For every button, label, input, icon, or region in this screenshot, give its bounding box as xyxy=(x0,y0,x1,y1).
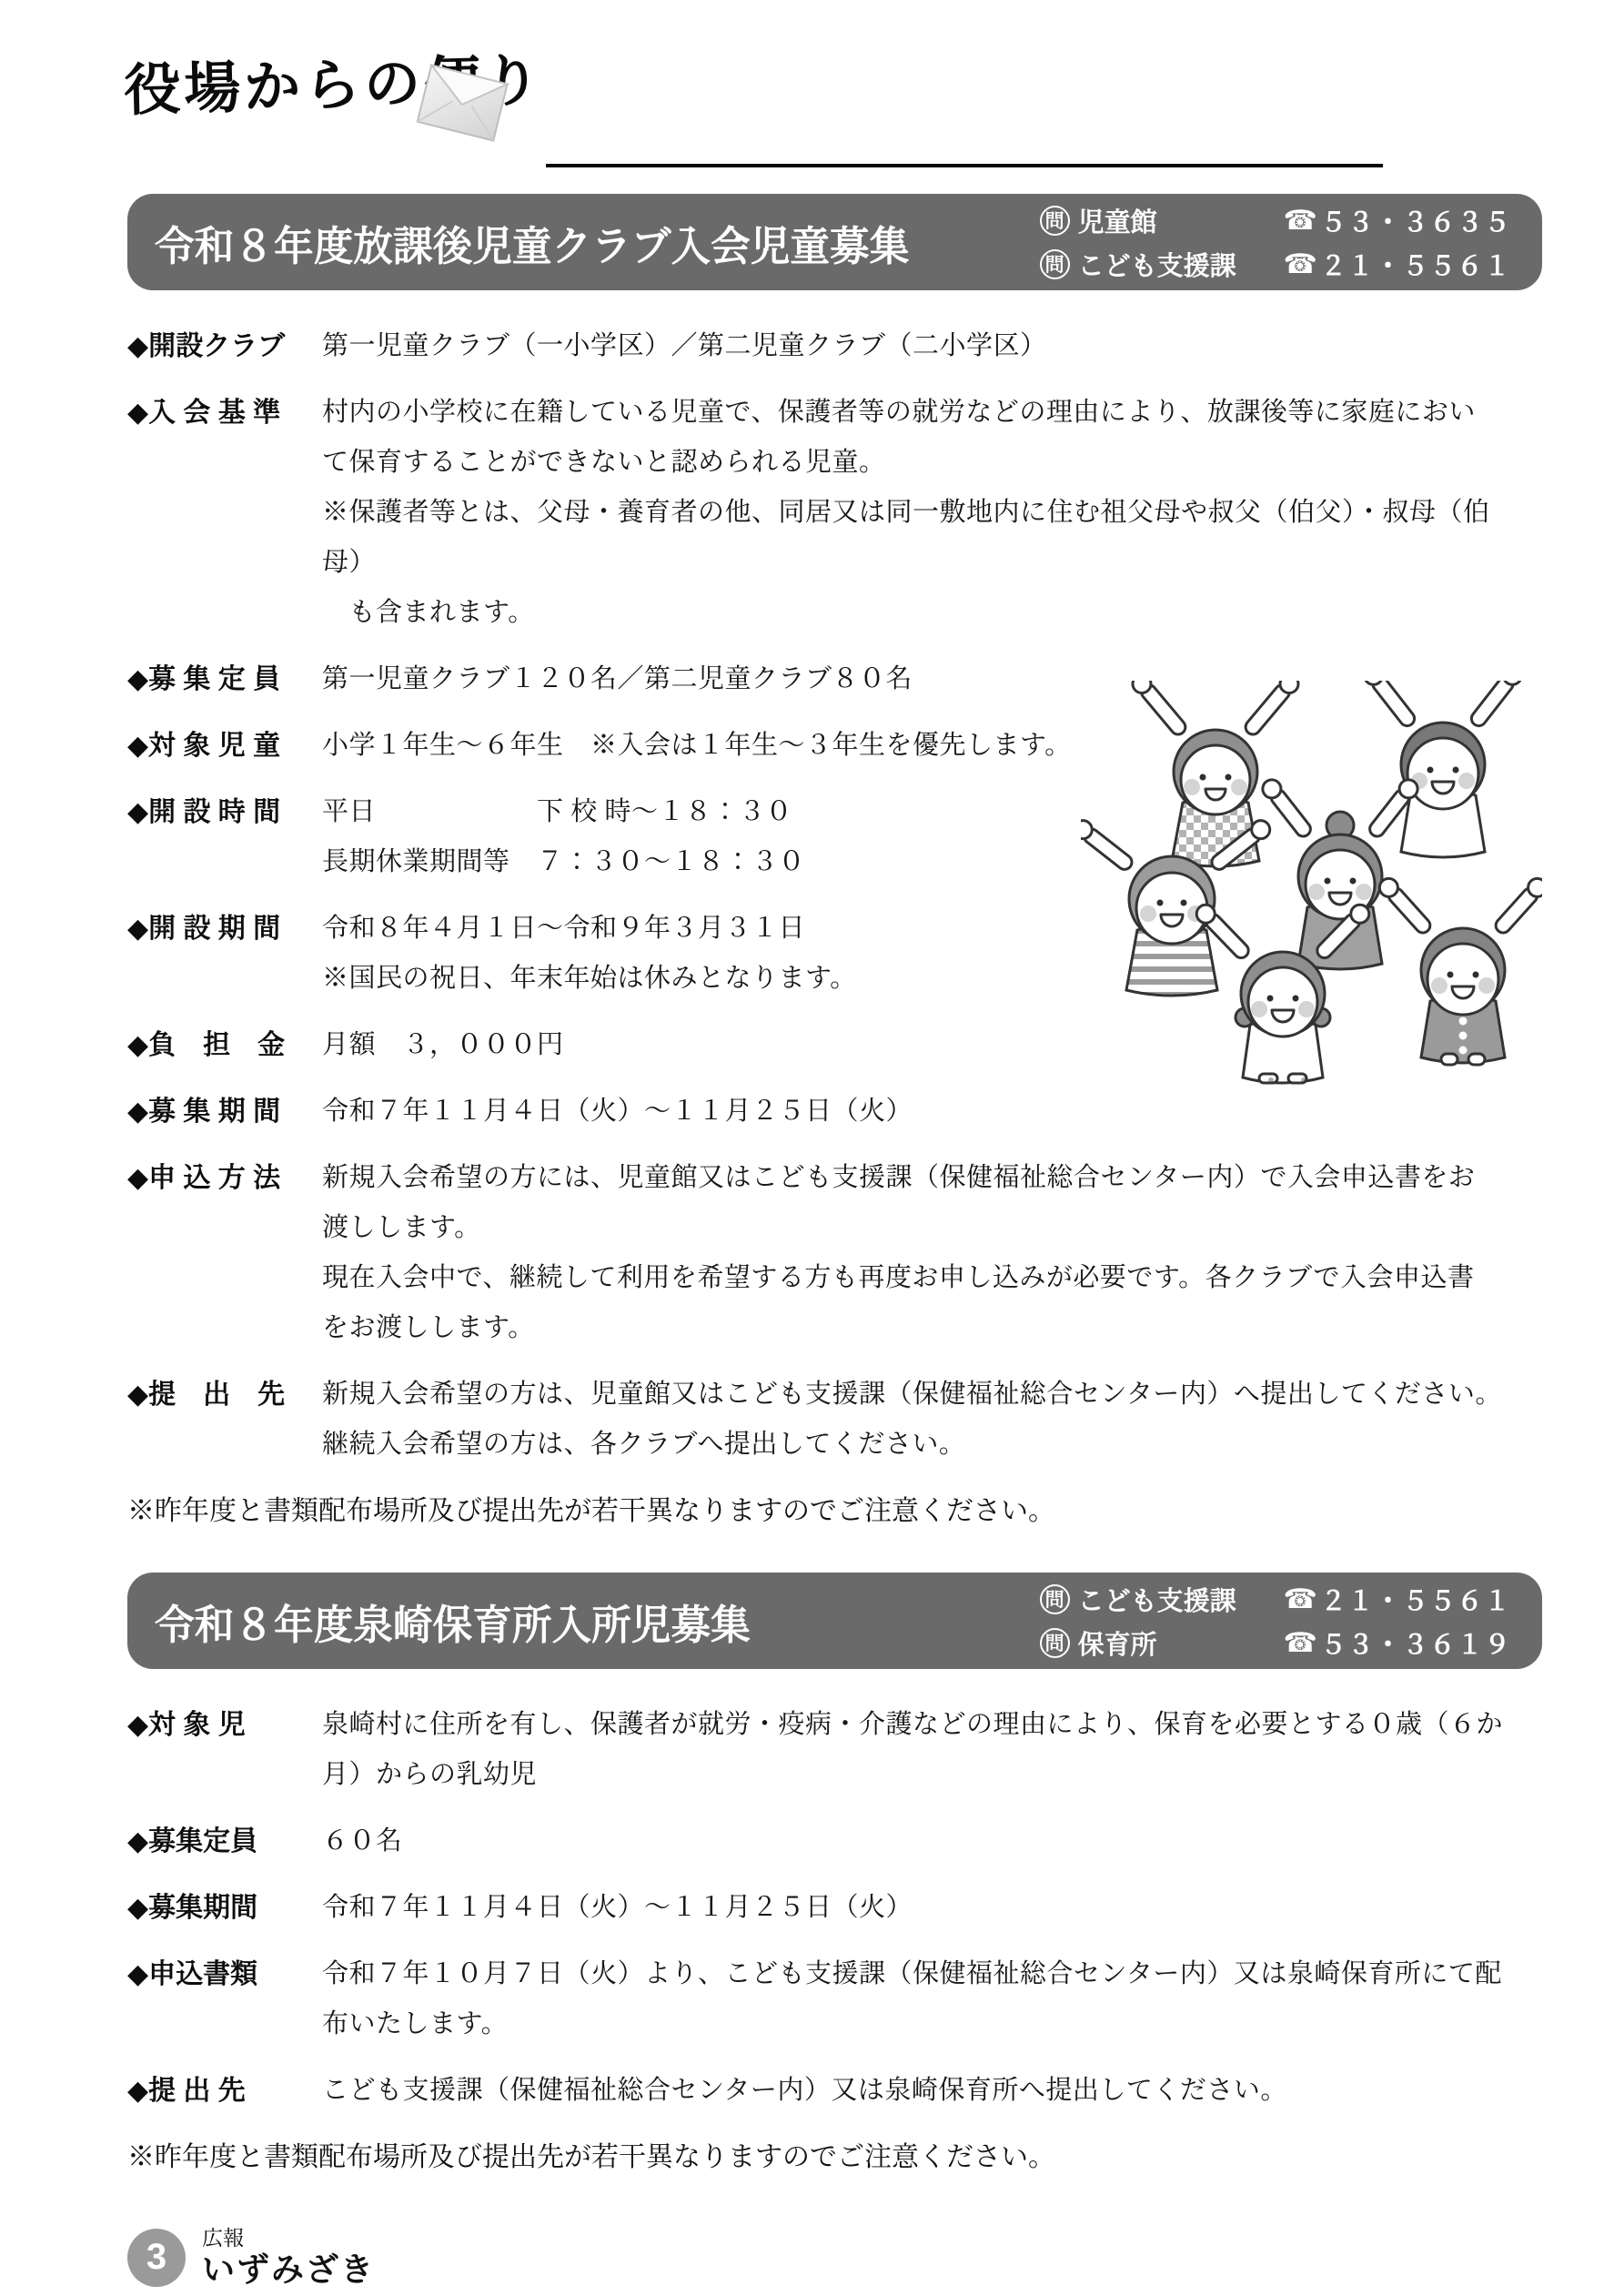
item-row: ◆募集期間令和７年１１月４日（火）～１１月２５日（火） xyxy=(127,1883,1542,1933)
item-value: 村内の小学校に在籍している児童で、保護者等の就労などの理由により、放課後等に家庭… xyxy=(322,388,1542,638)
page-number-badge: 3 xyxy=(127,2229,186,2287)
item-row: ◆開設クラブ第一児童クラブ（一小学区）／第二児童クラブ（二小学区） xyxy=(127,321,1542,371)
publication-name: いずみざき xyxy=(202,2250,375,2289)
item-row: ◆対 象 児泉崎村に住所を有し、保護者が就労・疫病・介護などの理由により、保育を… xyxy=(127,1700,1542,1800)
contact-row: 問 保育所 ☎５３・３６１９ xyxy=(1040,1624,1511,1662)
contact-tel: ☎２１・５５６１ xyxy=(1284,246,1511,283)
banner-title: 令和８年度泉崎保育所入所児募集 xyxy=(155,1592,1013,1651)
item-value: 新規入会希望の方には、児童館又はこども支援課（保健福祉総合センター内）で入会申込… xyxy=(322,1153,1542,1353)
section-note: ※昨年度と書類配布場所及び提出先が若干異なりますのでご注意ください。 xyxy=(127,2132,1542,2182)
banner-contacts: 問 こども支援課 ☎２１・５５６１ 問 保育所 ☎５３・３６１９ xyxy=(1040,1581,1511,1662)
page-footer: 3 広報 いずみざき xyxy=(127,2226,1542,2289)
inquiry-icon: 問 xyxy=(1040,1628,1070,1658)
item-label: ◆提 出 先 xyxy=(127,2066,322,2116)
section-note: ※昨年度と書類配布場所及び提出先が若干異なりますのでご注意ください。 xyxy=(127,1486,1542,1536)
inquiry-icon: 問 xyxy=(1040,1584,1070,1614)
item-label: ◆開設クラブ xyxy=(127,321,322,371)
item-label: ◆募集期間 xyxy=(127,1883,322,1933)
item-label: ◆負 担 金 xyxy=(127,1020,322,1070)
contact-number: ５３・３６３５ xyxy=(1320,202,1511,239)
phone-icon: ☎ xyxy=(1284,1583,1318,1615)
publication-block: 広報 いずみざき xyxy=(202,2226,375,2289)
item-value: 令和７年１０月７日（火）より、こども支援課（保健福祉総合センター内）又は泉崎保育… xyxy=(322,1949,1542,2049)
contact-name: こども支援課 xyxy=(1078,1581,1284,1618)
item-row: ◆申込書類令和７年１０月７日（火）より、こども支援課（保健福祉総合センター内）又… xyxy=(127,1949,1542,2049)
item-value: 第一児童クラブ（一小学区）／第二児童クラブ（二小学区） xyxy=(322,321,1542,371)
banner-contacts: 問 児童館 ☎５３・３６３５ 問 こども支援課 ☎２１・５５６１ xyxy=(1040,202,1511,283)
newsletter-page: 役場からの便り 令和８年度放課後児童クラブ入会児童募集 問 児童館 xyxy=(0,0,1624,2296)
contact-number: ２１・５５６１ xyxy=(1320,1581,1511,1618)
contact-row: 問 こども支援課 ☎２１・５５６１ xyxy=(1040,246,1511,283)
header-rule xyxy=(546,164,1383,167)
phone-icon: ☎ xyxy=(1284,248,1318,280)
section-body: ◆対 象 児泉崎村に住所を有し、保護者が就労・疫病・介護などの理由により、保育を… xyxy=(127,1700,1542,2116)
item-label: ◆開 設 期 間 xyxy=(127,904,322,1004)
item-label: ◆募 集 定 員 xyxy=(127,654,322,704)
contact-name: 保育所 xyxy=(1078,1624,1284,1662)
contact-row: 問 こども支援課 ☎２１・５５６１ xyxy=(1040,1581,1511,1618)
section-nursery: 令和８年度泉崎保育所入所児募集 問 こども支援課 ☎２１・５５６１ 問 保育所 … xyxy=(127,1573,1542,2182)
item-label: ◆入 会 基 準 xyxy=(127,388,322,638)
envelope-icon xyxy=(411,53,513,159)
item-row: ◆募 集 期 間令和７年１１月４日（火）～１１月２５日（火） xyxy=(127,1087,1542,1137)
phone-icon: ☎ xyxy=(1284,1627,1318,1659)
contact-name: こども支援課 xyxy=(1078,246,1284,283)
item-row: ◆入 会 基 準村内の小学校に在籍している児童で、保護者等の就労などの理由により… xyxy=(127,388,1542,638)
contact-number: ２１・５５６１ xyxy=(1320,246,1511,283)
contact-tel: ☎５３・３６３５ xyxy=(1284,202,1511,239)
item-label: ◆募集定員 xyxy=(127,1816,322,1866)
item-row: ◆申 込 方 法新規入会希望の方には、児童館又はこども支援課（保健福祉総合センタ… xyxy=(127,1153,1542,1353)
item-value: 令和７年１１月４日（火）～１１月２５日（火） xyxy=(322,1087,1542,1137)
contact-name: 児童館 xyxy=(1078,202,1284,239)
item-value: ６０名 xyxy=(322,1816,1542,1866)
item-row: ◆提 出 先こども支援課（保健福祉総合センター内）又は泉崎保育所へ提出してくださ… xyxy=(127,2066,1542,2116)
phone-icon: ☎ xyxy=(1284,205,1318,237)
item-label: ◆申込書類 xyxy=(127,1949,322,2049)
publication-label: 広報 xyxy=(202,2226,375,2250)
item-label: ◆開 設 時 間 xyxy=(127,787,322,887)
item-value: 新規入会希望の方は、児童館又はこども支援課（保健福祉総合センター内）へ提出してく… xyxy=(322,1370,1542,1470)
item-value: 泉崎村に住所を有し、保護者が就労・疫病・介護などの理由により、保育を必要とする０… xyxy=(322,1700,1542,1800)
item-row: ◆募集定員６０名 xyxy=(127,1816,1542,1866)
contact-number: ５３・３６１９ xyxy=(1320,1624,1511,1662)
section-banner: 令和８年度放課後児童クラブ入会児童募集 問 児童館 ☎５３・３６３５ 問 こども… xyxy=(127,194,1542,290)
banner-title: 令和８年度放課後児童クラブ入会児童募集 xyxy=(155,213,1013,272)
item-label: ◆募 集 期 間 xyxy=(127,1087,322,1137)
children-illustration xyxy=(1081,681,1542,1085)
item-label: ◆対 象 児 xyxy=(127,1700,322,1800)
item-label: ◆申 込 方 法 xyxy=(127,1153,322,1353)
contact-tel: ☎２１・５５６１ xyxy=(1284,1581,1511,1618)
section-banner: 令和８年度泉崎保育所入所児募集 問 こども支援課 ☎２１・５５６１ 問 保育所 … xyxy=(127,1573,1542,1669)
item-value: 令和７年１１月４日（火）～１１月２５日（火） xyxy=(322,1883,1542,1933)
item-label: ◆対 象 児 童 xyxy=(127,721,322,771)
inquiry-icon: 問 xyxy=(1040,249,1070,279)
contact-tel: ☎５３・３６１９ xyxy=(1284,1624,1511,1662)
item-label: ◆提 出 先 xyxy=(127,1370,322,1470)
inquiry-icon: 問 xyxy=(1040,206,1070,236)
item-value: こども支援課（保健福祉総合センター内）又は泉崎保育所へ提出してください。 xyxy=(322,2066,1542,2116)
item-row: ◆提 出 先新規入会希望の方は、児童館又はこども支援課（保健福祉総合センター内）… xyxy=(127,1370,1542,1470)
contact-row: 問 児童館 ☎５３・３６３５ xyxy=(1040,202,1511,239)
